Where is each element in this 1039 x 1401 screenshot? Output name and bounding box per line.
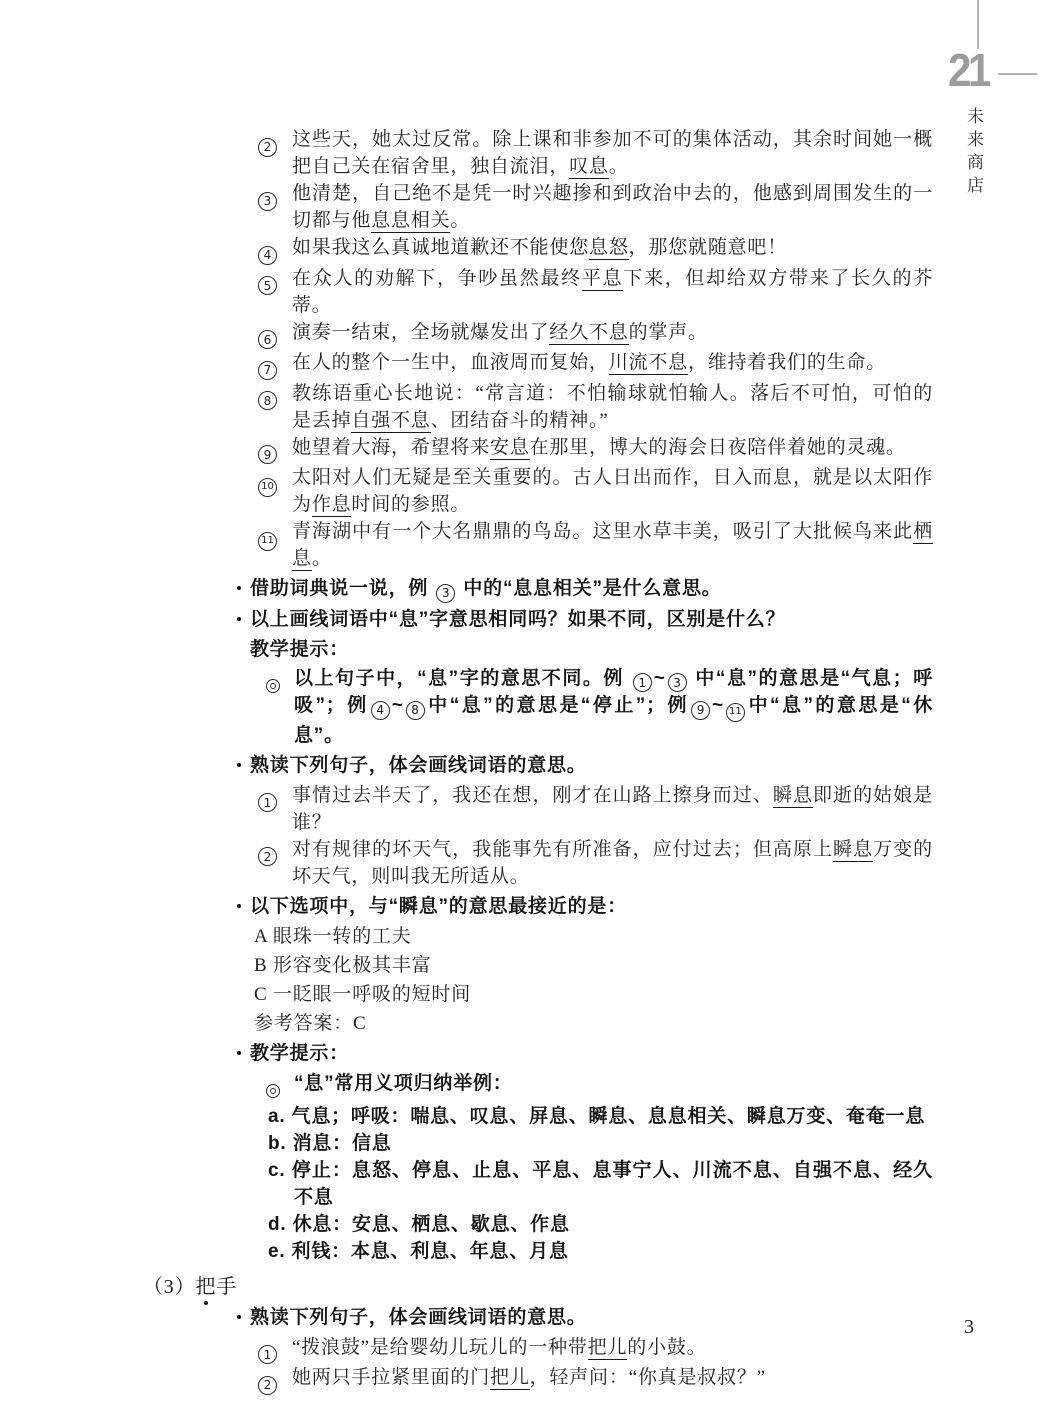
definition-item: e. 利钱：本息、利息、年息、月息 [268,1238,933,1265]
circled-number-icon: 2 [258,138,277,157]
circled-number-icon: 4 [258,246,277,265]
circled-number-badge: 2 [256,836,292,890]
bullet-icon [237,617,241,621]
underlined-term: 把儿 [490,1367,530,1390]
section-heading: （3）把手 [143,1274,933,1301]
bullet-item: 熟读下列句子，体会画线词语的意思。 [236,1304,933,1331]
circled-number-icon: 10 [258,478,277,497]
circled-number-badge: 6 [256,319,292,350]
circled-number-icon: 2 [258,847,277,866]
circled-number-icon: 11 [258,532,277,551]
circled-number-inline: 1 [633,673,652,692]
circled-number-inline: 11 [726,703,745,722]
chapter-number: 21 [948,48,988,92]
emphasis-dot-char: 把 [195,1276,216,1298]
definition-item: a. 气息；呼吸：喘息、叹息、屏息、瞬息、息息相关、瞬息万变、奄奄一息 [268,1103,933,1130]
underlined-term: 经久不息 [549,322,628,345]
answer-option: C 一眨眼一呼吸的短时间 [254,981,933,1008]
circled-number-badge: 1 [256,782,292,836]
bullet-icon [237,1051,241,1055]
numbered-example: 2这些天，她太过反常。除上课和非参加不可的集体活动，其余时间她一概把自己关在宿舍… [256,126,933,180]
book-page: 21 未来商店 2这些天，她太过反常。除上课和非参加不可的集体活动，其余时间她一… [0,0,1039,1401]
underlined-term: 平息 [582,268,623,291]
underlined-term: 叹息 [569,156,609,179]
circled-number-inline: 8 [406,701,425,720]
circled-number-icon: 5 [258,276,277,295]
numbered-example: 1事情过去半天了，我还在想，刚才在山路上擦身而过、瞬息即逝的姑娘是谁？ [256,782,933,836]
underlined-term: 瞬息 [833,839,873,862]
circled-number-icon: 2 [258,1376,277,1395]
double-circle-icon [266,665,294,749]
circled-number-badge: 1 [256,1334,292,1365]
teaching-hint: “息”常用义项归纳举例： [266,1070,933,1101]
circled-number-badge: 9 [256,434,292,465]
underlined-term: 把儿 [588,1337,628,1360]
circled-number-icon: 8 [258,391,277,410]
numbered-example: 6演奏一结束，全场就爆发出了经久不息的掌声。 [256,319,933,350]
numbered-example: 5在众人的劝解下，争吵虽然最终平息下来，但却给双方带来了长久的芥蒂。 [256,265,933,319]
underlined-term: 息息相关 [371,210,450,233]
page-content: 2这些天，她太过反常。除上课和非参加不可的集体活动，其余时间她一概把自己关在宿舍… [236,126,933,1395]
numbered-example: 2对有规律的坏天气，我能事先有所准备，应付过去；但高原上瞬息万变的坏天气，则叫我… [256,836,933,890]
chapter-rule-side [998,73,1037,75]
circled-number-inline: 4 [371,701,390,720]
bullet-item: 教学提示： [236,1040,933,1067]
circled-number-badge: 5 [256,265,292,319]
numbered-example: 9她望着大海，希望将来安息在那里，博大的海会日夜陪伴着她的灵魂。 [256,434,933,465]
circled-number-badge: 3 [256,180,292,234]
chapter-title-vertical: 未来商店 [961,107,986,199]
definition-item: d. 休息：安息、栖息、歇息、作息 [268,1211,933,1238]
circled-number-badge: 7 [256,349,292,380]
definition-item: c. 停止：息怒、停息、止息、平息、息事宁人、川流不息、自强不息、经久不息 [268,1157,933,1211]
bullet-icon [237,763,241,767]
numbered-example: 4如果我这么真诚地道歉还不能使您息怒，那您就随意吧！ [256,234,933,265]
underlined-term: 自强不息 [351,410,430,433]
teaching-hint: 以上句子中，“息”字的意思不同。例 1~3 中“息”的意思是“气息；呼吸”；例4… [266,665,933,749]
answer-option: 参考答案：C [254,1010,933,1037]
numbered-example: 10太阳对人们无疑是至关重要的。古人日出而作，日入而息，就是以太阳作为作息时间的… [256,464,933,518]
bullet-item: 借助词典说一说，例 3 中的“息息相关”是什么意思。 [236,575,933,603]
circled-number-badge: 10 [256,464,292,518]
bullet-icon [237,1315,241,1319]
underlined-term: 安息 [490,437,530,460]
circled-number-badge: 11 [256,518,292,572]
circled-number-inline: 3 [436,584,455,603]
numbered-example: 1“拨浪鼓”是给婴幼儿玩儿的一种带把儿的小鼓。 [256,1334,933,1365]
numbered-example: 11青海湖中有一个大名鼎鼎的鸟岛。这里水草丰美，吸引了大批候鸟来此栖息。 [256,518,933,572]
bullet-item: 以上画线词语中“息”字意思相同吗？如果不同，区别是什么？ [236,606,933,633]
definition-item: b. 消息：信息 [268,1130,933,1157]
circled-number-badge: 4 [256,234,292,265]
hint-label: 教学提示： [250,636,933,663]
circled-number-icon: 6 [258,330,277,349]
circled-number-badge: 8 [256,380,292,434]
circled-number-icon: 1 [258,793,277,812]
numbered-example: 8教练语重心长地说：“常言道：不怕输球就怕输人。落后不可怕，可怕的是丢掉自强不息… [256,380,933,434]
circled-number-inline: 9 [691,701,710,720]
circled-number-icon: 7 [258,361,277,380]
underlined-term: 瞬息 [773,785,813,808]
circled-number-badge: 2 [256,1364,292,1395]
chapter-rule-top [977,0,979,49]
double-circle-icon [266,1070,294,1101]
bullet-icon [237,586,241,590]
bullet-item: 以下选项中，与“瞬息”的意思最接近的是： [236,893,933,920]
answer-option: B 形容变化极其丰富 [254,952,933,979]
answer-option: A 眼珠一转的工夫 [254,923,933,950]
underlined-term: 息怒 [589,237,629,260]
underlined-term: 川流不息 [609,352,688,375]
underlined-term: 作息 [312,494,352,517]
bullet-icon [237,904,241,908]
circled-number-icon: 9 [258,445,277,464]
circled-number-icon: 1 [258,1345,277,1364]
numbered-example: 7在人的整个一生中，血液周而复始，川流不息，维持着我们的生命。 [256,349,933,380]
numbered-example: 2她两只手拉紧里面的门把儿，轻声问：“你真是叔叔？” [256,1364,933,1395]
circled-number-inline: 3 [668,673,687,692]
numbered-example: 3他清楚，自己绝不是凭一时兴趣掺和到政治中去的，他感到周围发生的一切都与他息息相… [256,180,933,234]
circled-number-badge: 2 [256,126,292,180]
circled-number-icon: 3 [258,192,277,211]
bullet-item: 熟读下列句子，体会画线词语的意思。 [236,752,933,779]
page-number: 3 [964,1316,974,1339]
